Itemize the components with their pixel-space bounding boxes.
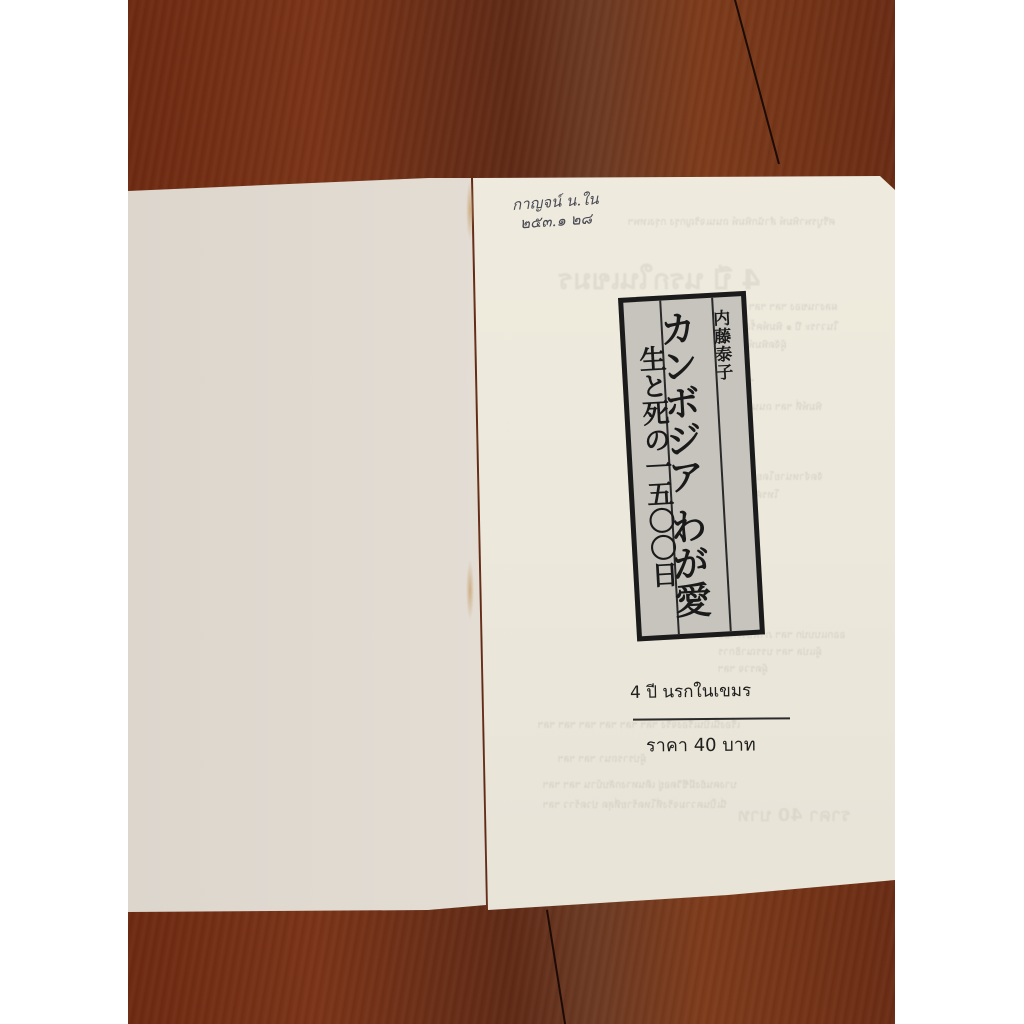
table-seam xyxy=(546,910,567,1024)
show-through-price: ราคา 40 บาท xyxy=(738,800,851,829)
photo: 4 ปี นรกในเขมร ศรีบูรพาพิมพ์ สำนักพิมพ์ … xyxy=(128,0,895,1024)
gutter-stain xyxy=(466,180,474,240)
gutter-stain xyxy=(466,560,474,620)
author-name: 内藤泰子 xyxy=(707,309,736,382)
price-label: ราคา 40 บาท xyxy=(646,730,756,760)
table-seam xyxy=(734,0,780,164)
left-page-blank xyxy=(128,0,488,1024)
thai-title: 4 ปี นรกในเขมร xyxy=(630,677,752,706)
japanese-title-box: 内藤泰子 カンボジア わが愛 生と死の一五〇〇日 xyxy=(618,291,765,642)
